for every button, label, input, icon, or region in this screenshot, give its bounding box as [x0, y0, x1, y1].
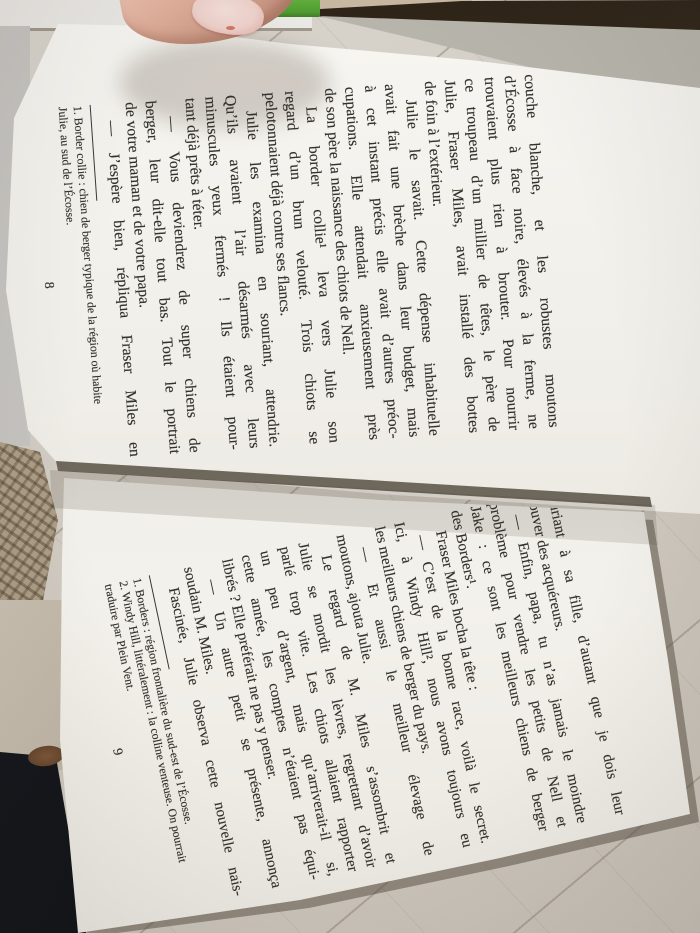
page-8-body: couche blanche, et les robustes moutonsd… — [100, 74, 564, 458]
thumb-nail-mark — [226, 26, 235, 30]
page-8-text: couche blanche, et les robustes moutonsd… — [29, 74, 563, 463]
photo-open-book: couche blanche, et les robustes moutonsd… — [0, 0, 700, 933]
page-9-body: souriant à sa fille, d’autant que je doi… — [159, 488, 629, 898]
footnote-rule — [90, 105, 98, 201]
